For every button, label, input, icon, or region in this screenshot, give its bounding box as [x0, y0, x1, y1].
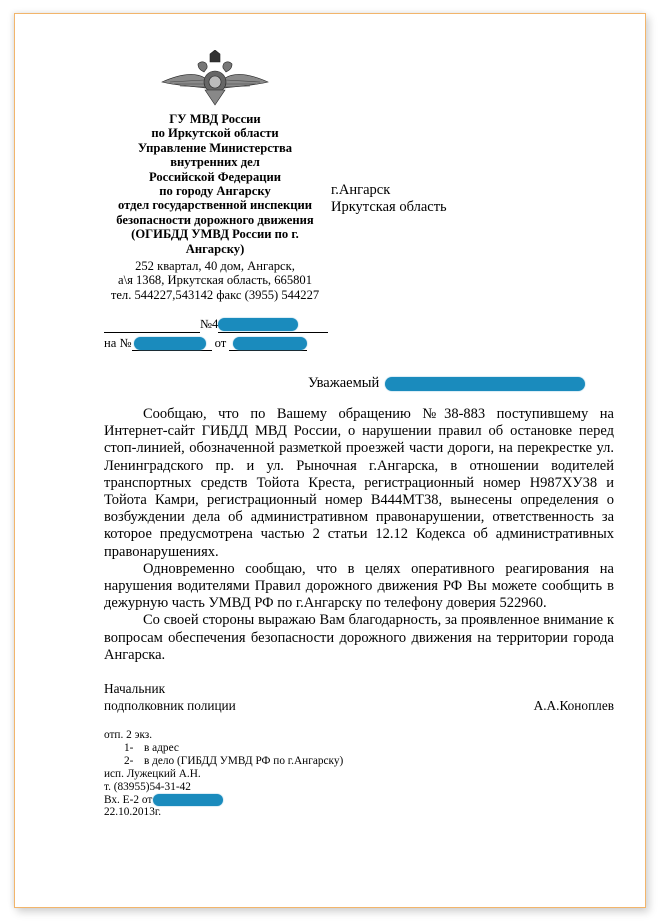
on-number-field [132, 336, 212, 352]
sender-line: по Иркутской области [100, 126, 330, 140]
outgoing-number-field [218, 317, 328, 333]
on-number-label: на № [104, 336, 132, 350]
from-label: от [215, 336, 227, 350]
redaction [385, 377, 585, 391]
redaction [153, 794, 223, 806]
executor: исп. Лужецкий А.Н. [104, 768, 404, 781]
footer-block: отп. 2 экз. 1-в адрес 2-в дело (ГИБДД УМ… [104, 729, 404, 819]
sender-line: ГУ МВД России [100, 112, 330, 126]
mvd-emblem-icon [160, 50, 270, 108]
paragraph: Одновременно сообщаю, что в целях операт… [104, 561, 614, 613]
sender-line: внутренних дел [100, 155, 330, 169]
paragraph: Сообщаю, что по Вашему обращению №38-883… [104, 406, 614, 561]
recipient-block: г.Ангарск Иркутская область [331, 182, 447, 216]
sender-line: безопасности дорожного движения [100, 213, 330, 227]
sender-header: ГУ МВД России по Иркутской области Управ… [100, 112, 330, 256]
signer-rank: подполковник полиции [104, 697, 236, 714]
from-date-field [229, 336, 307, 352]
sender-line: (ОГИБДД УМВД России по г. [100, 227, 330, 241]
greeting-text: Уважаемый [308, 375, 379, 391]
underline [104, 317, 200, 333]
greeting: Уважаемый [308, 375, 585, 392]
outgoing-number-label: №4 [200, 317, 218, 331]
signature-block: Начальник подполковник полиции А.А.Коноп… [104, 680, 614, 714]
distribution-item: 2-в дело (ГИБДД УМВД РФ по г.Ангарску) [104, 755, 404, 768]
redaction [218, 318, 298, 331]
signer-name: А.А.Коноплев [534, 697, 614, 714]
sender-line: по городу Ангарску [100, 184, 330, 198]
address-line: 252 квартал, 40 дом, Ангарск, [100, 259, 330, 273]
recipient-line: Иркутская область [331, 199, 447, 216]
distribution-item: 1-в адрес [104, 742, 404, 755]
sender-line: отдел государственной инспекции [100, 198, 330, 212]
redaction [233, 337, 307, 350]
recipient-line: г.Ангарск [331, 182, 447, 199]
sender-address: 252 квартал, 40 дом, Ангарск, а\я 1368, … [100, 259, 330, 302]
sender-line: Управление Министерства [100, 141, 330, 155]
copies-count: отп. 2 экз. [104, 729, 404, 742]
paragraph: Со своей стороны выражаю Вам благодарнос… [104, 612, 614, 664]
address-line: тел. 544227,543142 факс (3955) 544227 [100, 288, 330, 302]
address-line: а\я 1368, Иркутская область, 665801 [100, 273, 330, 287]
document-date: 22.10.2013г. [104, 806, 404, 819]
reference-block: №4 на № от [104, 317, 322, 351]
redaction [134, 337, 206, 350]
letter-body: Сообщаю, что по Вашему обращению №38-883… [104, 406, 614, 664]
incoming-ref: Вх. Е-2 от [104, 794, 404, 807]
sender-line: Российской Федерации [100, 170, 330, 184]
sender-line: Ангарску) [100, 242, 330, 256]
signer-title: Начальник [104, 680, 614, 697]
executor-phone: т. (83955)54-31-42 [104, 781, 404, 794]
